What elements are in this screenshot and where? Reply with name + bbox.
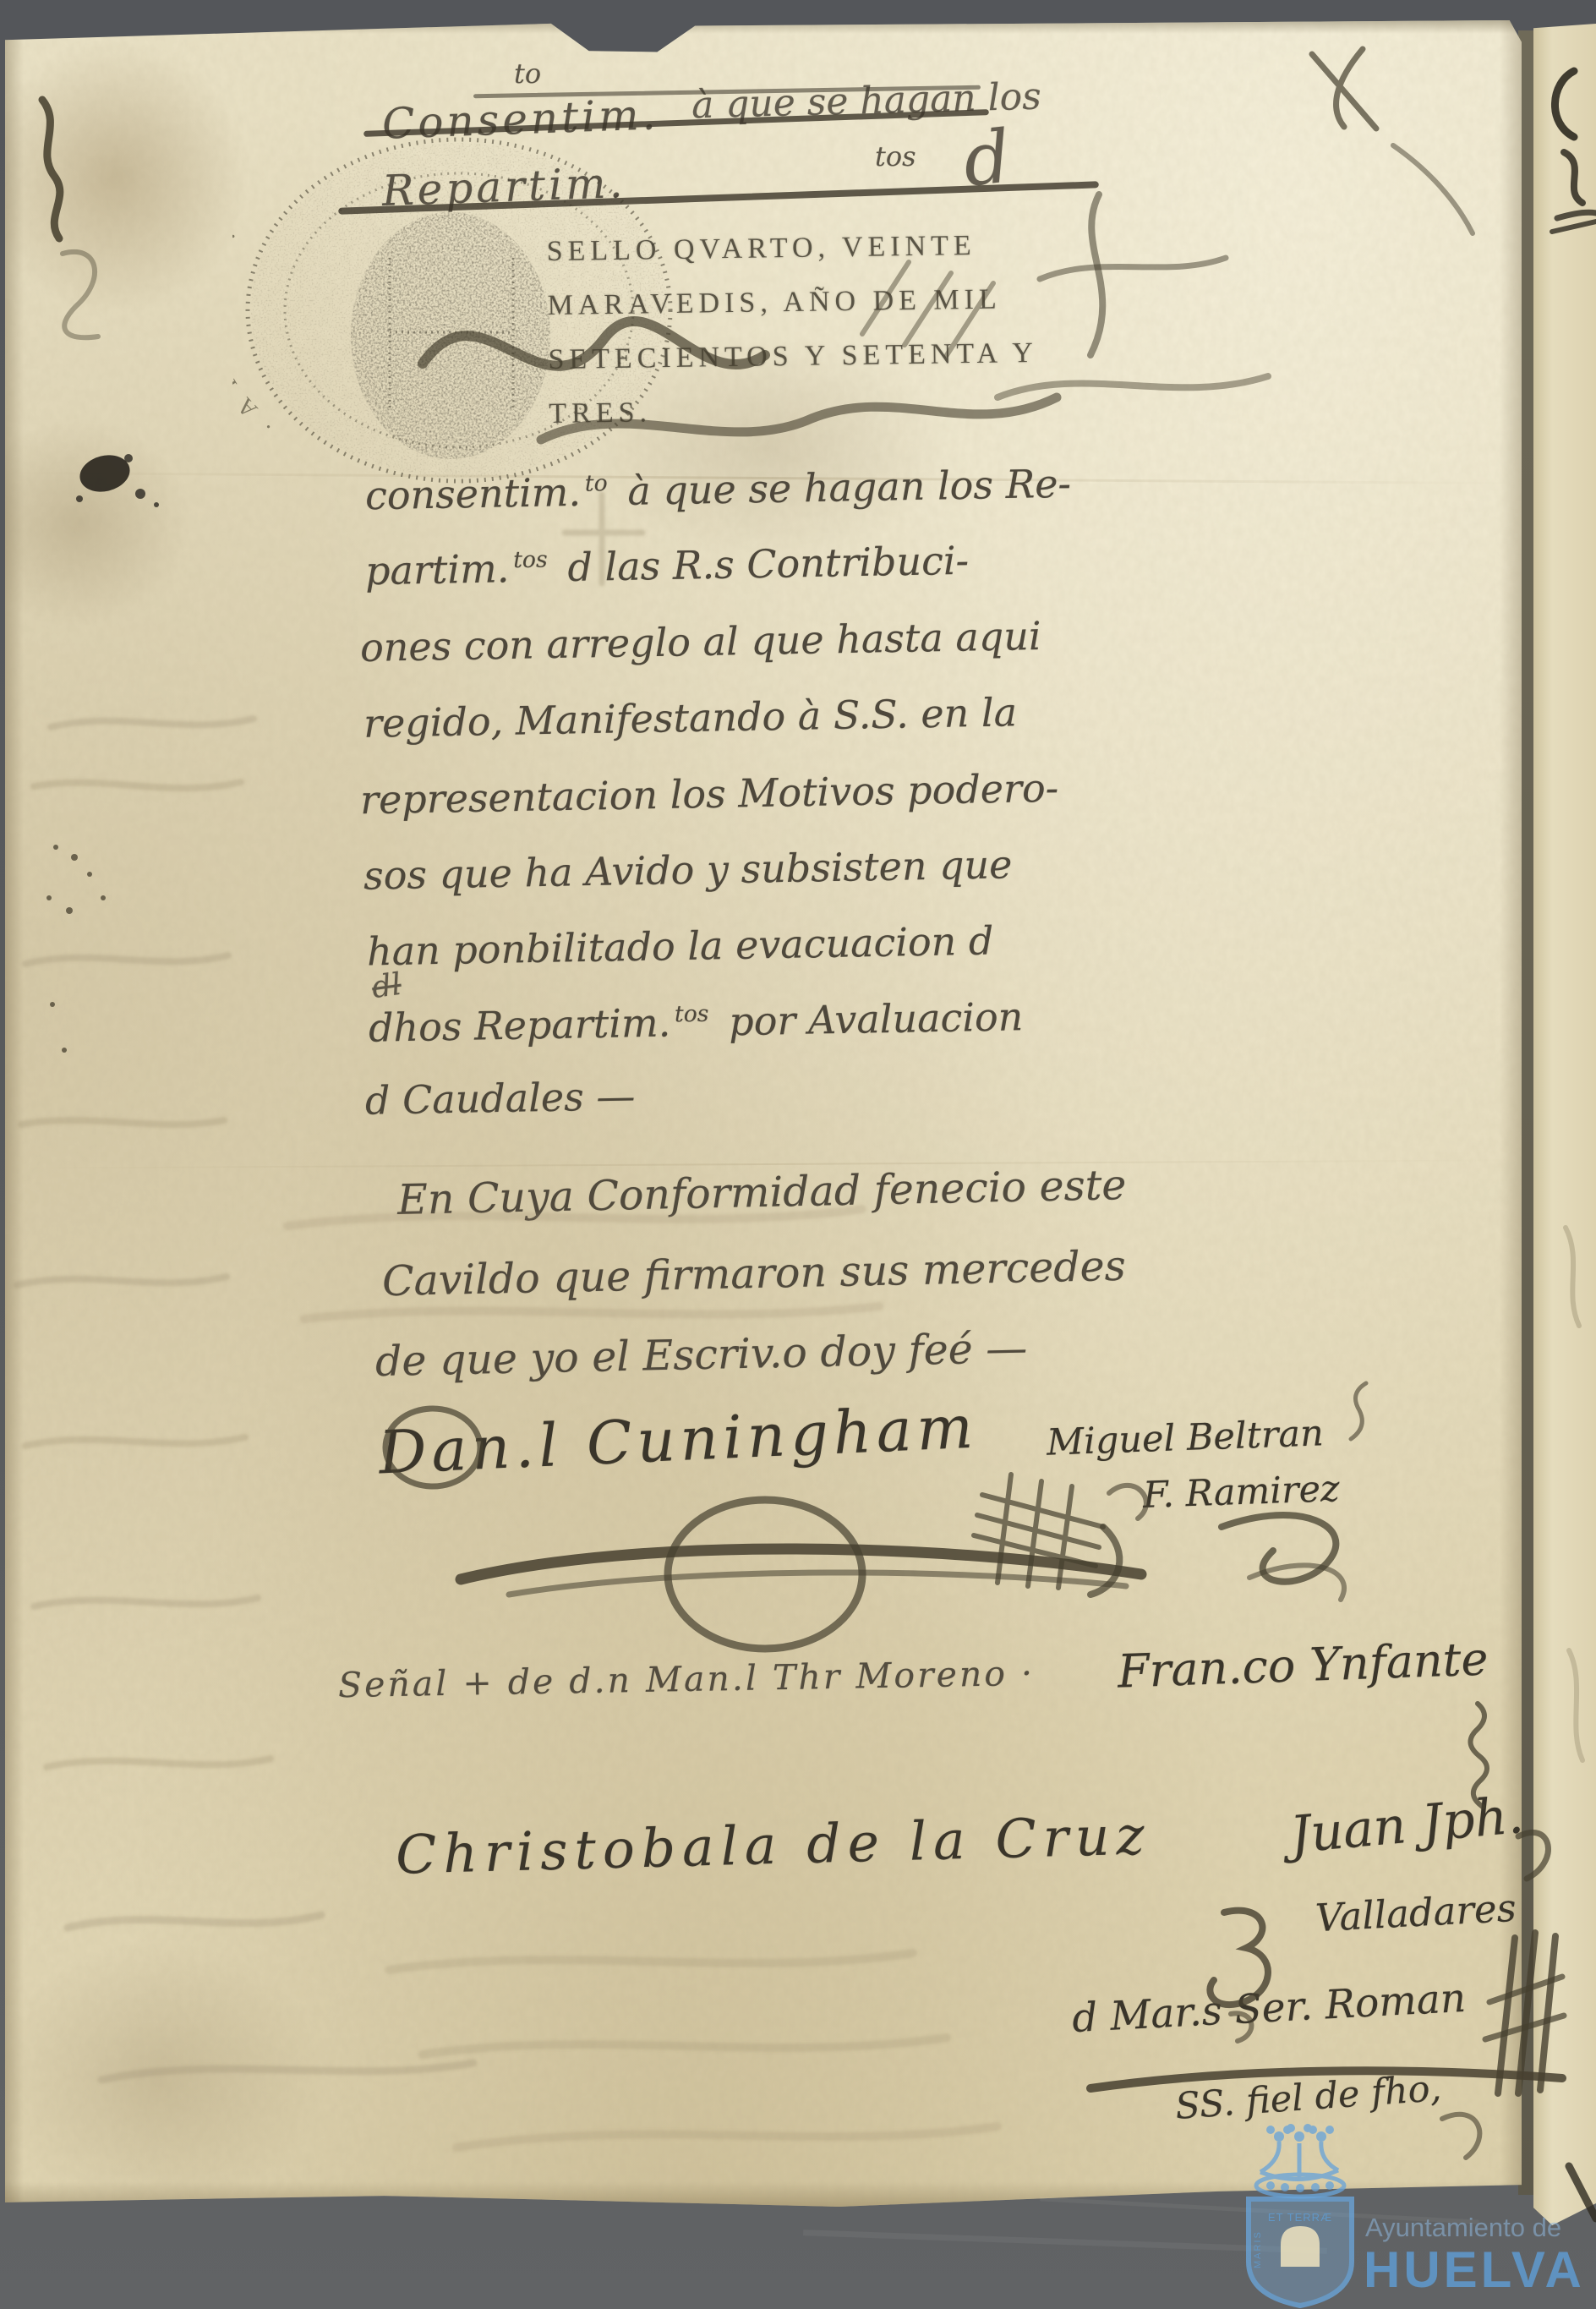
page-edge-shade-left [5, 20, 24, 2207]
printed-stamp-text: SELLO QVARTO, VEINTE MARAVEDIS, AÑO DE M… [546, 218, 1039, 441]
stamp-line: MARAVEDIS, AÑO DE MIL [547, 272, 1037, 333]
struck-header-word: Consentim. [381, 90, 659, 148]
superscript: to [585, 471, 608, 497]
adjacent-page-edge [1533, 24, 1596, 2225]
body-text: d las R.s Contribuci- [555, 538, 969, 591]
watermark-org-small: Ayuntamiento de [1365, 2213, 1561, 2242]
page-edge-shade-top [5, 20, 1522, 34]
body-text: dhos Repartim. [369, 1000, 671, 1051]
superscript: tos [513, 547, 548, 574]
body-text: consentim. [365, 469, 582, 518]
body-line: d Caudales — [365, 1073, 636, 1124]
backing-fold [803, 2230, 1327, 2254]
paper-stain [0, 37, 250, 316]
stamp-line: SELLO QVARTO, VEINTE [546, 218, 1036, 279]
paper-stain [0, 1940, 326, 2219]
watermark-motto-left: MARIS [1253, 2230, 1263, 2268]
watermark-motto-top: ET TERRÆ [1268, 2211, 1332, 2224]
backing-fold [1040, 2197, 1479, 2224]
stamp-line: SETECIENTOS Y SETENTA Y [548, 326, 1038, 387]
watermark-shield-icon: ET TERRÆ MARIS [1249, 2199, 1352, 2306]
struck-header-superscript: tos [875, 140, 916, 172]
paper-stain [0, 418, 191, 629]
body-text: à que se hagan los Re- [615, 461, 1071, 514]
page-edge-shade-bottom [5, 2181, 1522, 2207]
superscript: tos [675, 1001, 709, 1028]
body-text: d Caudales — [365, 1073, 636, 1124]
body-text: partim. [365, 545, 510, 594]
page-edge-shade-right [1500, 20, 1522, 2207]
struck-header-superscript: to [514, 57, 541, 90]
struck-correction: dl [369, 967, 403, 1005]
stamp-line: TRES. [549, 380, 1039, 441]
watermark-org-name: HUELVA [1364, 2241, 1585, 2298]
signature-ramirez: F. Ramirez [1142, 1468, 1340, 1517]
body-text: por Avaluacion [716, 993, 1024, 1044]
scanned-manuscript-1773: · A R · R E Y · Consentim. to à que se h… [0, 0, 1596, 2309]
